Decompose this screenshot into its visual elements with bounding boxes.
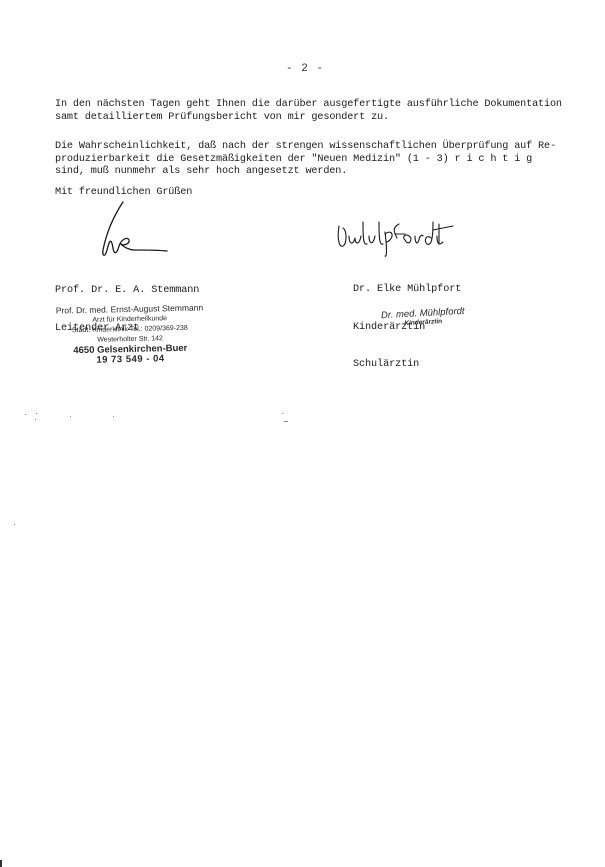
- signature-stemmann-icon: [95, 200, 175, 260]
- scan-speck: [35, 419, 36, 420]
- closing-salutation: Mit freundlichen Grüßen: [55, 187, 192, 200]
- scan-speck: [113, 416, 114, 417]
- scan-edge-mark: [0, 860, 2, 867]
- paragraph-documentation-notice: In den nächsten Tagen geht Ihnen die dar…: [55, 99, 562, 124]
- signature-muehlpfordt-icon: [335, 218, 495, 258]
- scan-speck: [36, 413, 37, 414]
- scan-speck: [14, 524, 15, 525]
- scan-speck: [70, 416, 71, 417]
- scan-speck: [284, 421, 288, 422]
- signatory-left-name: Prof. Dr. E. A. Stemmann: [55, 285, 199, 298]
- paragraph-probability-statement: Die Wahrscheinlichkeit, daß nach der str…: [55, 141, 556, 179]
- page-number: - 2 -: [286, 63, 324, 75]
- stamp-stemmann: Prof. Dr. med. Ernst-August Stemmann Arz…: [49, 302, 210, 366]
- signatory-right-name: Dr. Elke Mühlpfort: [353, 284, 461, 297]
- scan-speck: [282, 413, 283, 414]
- signatory-right-title-2: Schulärztin: [353, 359, 461, 372]
- scan-speck: [25, 414, 26, 415]
